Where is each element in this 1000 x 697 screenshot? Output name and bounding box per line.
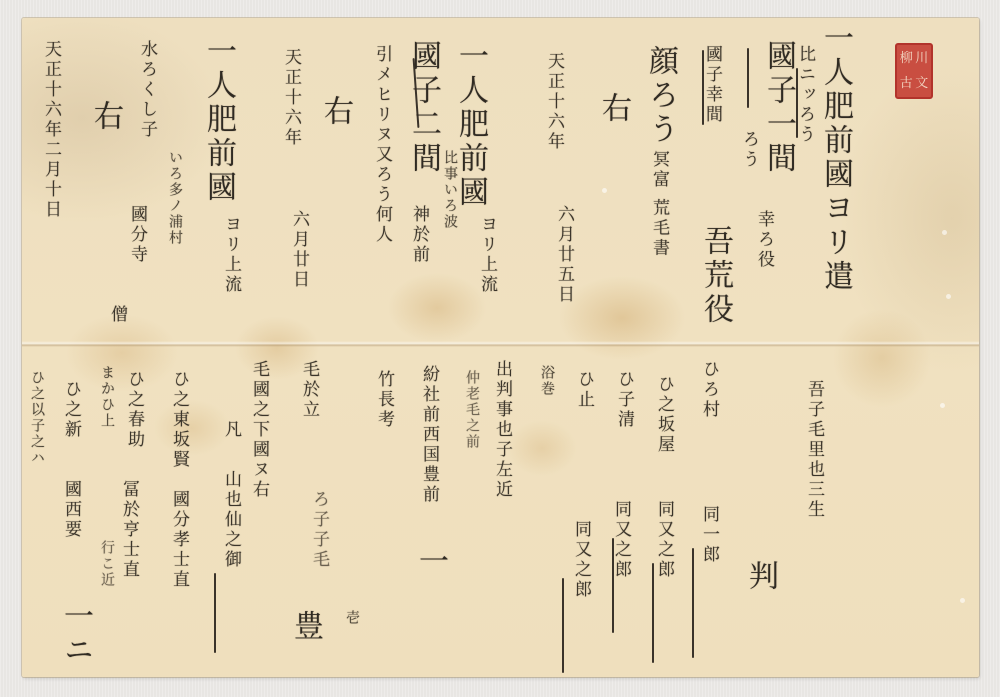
text-column: 冥富 荒毛書	[650, 150, 667, 258]
text-column: 吾子毛里也三生	[805, 380, 822, 520]
text-column: 同又之郎	[572, 520, 589, 600]
text-column: 國分寺	[128, 205, 145, 265]
text-column: 同又之郎	[655, 500, 672, 580]
text-column: 凡	[222, 420, 239, 440]
ink-stroke	[747, 48, 749, 108]
ink-stroke	[692, 548, 694, 658]
text-column: 豊	[290, 610, 320, 644]
text-column: 比事いろ波	[443, 150, 457, 230]
paper-hole	[940, 403, 945, 408]
text-column: ろう	[740, 130, 757, 170]
text-column: 行こ近	[100, 540, 114, 588]
text-column: 竹長考	[375, 370, 392, 430]
text-column: 毛於立	[300, 360, 317, 420]
text-column: 引メヒリヌ又ろう何人	[373, 45, 390, 245]
text-column: 右	[320, 95, 350, 129]
text-column: 比ニッろう	[796, 45, 813, 145]
text-column: 國子一間	[763, 40, 793, 176]
text-column: 冨於亨士直	[120, 480, 137, 580]
text-column: 山也仙之御	[222, 470, 239, 570]
text-column: ヨリ上流	[222, 215, 239, 295]
seal-character: 柳	[899, 47, 914, 71]
text-column: 天正十六年	[545, 52, 562, 152]
text-column: 國西要	[62, 480, 79, 540]
text-column: 國子幸間	[703, 45, 720, 125]
text-column: 毛國之下國ヌ右	[250, 360, 267, 500]
paper-hole	[946, 294, 951, 299]
text-column: 出判事也子左近	[493, 360, 510, 500]
text-column: 一ニ	[60, 600, 90, 668]
text-column: 右	[90, 100, 120, 134]
text-column: 同又之郎	[612, 500, 629, 580]
text-column: 一人肥前國ヨリ遣	[820, 22, 850, 294]
ink-stroke	[562, 578, 564, 673]
text-column: ひ止	[575, 370, 592, 410]
text-column: まかひ上	[100, 365, 114, 429]
text-column: 一	[415, 545, 445, 579]
paper-hole	[942, 230, 947, 235]
text-column: 仲老毛之前	[465, 370, 479, 450]
text-column: 國分孝士直	[170, 490, 187, 590]
text-column: 六月廿日	[290, 210, 307, 290]
text-column: 幸ろ役	[755, 210, 772, 270]
text-column: ひ之東坂賢	[170, 370, 187, 470]
text-column: ひろ村	[700, 360, 717, 420]
seal-character: 川	[915, 47, 930, 71]
text-column: ひ之新	[62, 380, 79, 440]
text-column: 浴巻	[540, 365, 554, 397]
horizontal-fold-line	[22, 341, 979, 347]
text-column: 水ろくし子	[138, 40, 155, 140]
text-column: ろ子子毛	[310, 490, 327, 570]
text-column: ひ之以子之ハ	[30, 370, 44, 466]
text-column: 六月廿五日	[555, 205, 572, 305]
text-column: 國子二間	[408, 40, 438, 176]
text-column: 天正十六年	[282, 48, 299, 148]
paper-hole	[960, 598, 965, 603]
manuscript-sheet: 柳 川 古 文 一人肥前國ヨリ遣 比ニッろう 國子一間 ろう 幸ろ役 國子幸間 …	[22, 18, 979, 677]
text-column: 吾荒役	[700, 225, 730, 327]
seal-character: 古	[899, 72, 914, 96]
text-column: ヨリ上流	[478, 215, 495, 295]
text-column: 右	[598, 92, 628, 126]
ink-stroke	[214, 573, 216, 653]
paper-hole	[602, 188, 607, 193]
text-column: 紛社前西国豊前	[420, 365, 437, 505]
text-column: ひ子清	[615, 370, 632, 430]
text-column: 判	[745, 560, 775, 594]
text-column: 顔ろう	[645, 45, 675, 147]
text-column: 同一郎	[700, 505, 717, 565]
text-column: いろ多ノ浦村	[168, 150, 182, 246]
text-column: ひ之坂屋	[655, 375, 672, 455]
text-column: 神於前	[410, 205, 427, 265]
text-column: 壱	[345, 610, 359, 626]
text-column: 僧	[108, 305, 125, 325]
text-column: 天正十六年二月十日	[42, 40, 59, 220]
seal-character: 文	[915, 72, 930, 96]
text-column: 一人肥前國	[203, 35, 233, 205]
red-seal-stamp: 柳 川 古 文	[895, 43, 933, 99]
text-column: ひ之春助	[125, 370, 142, 450]
text-column: 一人肥前國	[455, 40, 485, 210]
